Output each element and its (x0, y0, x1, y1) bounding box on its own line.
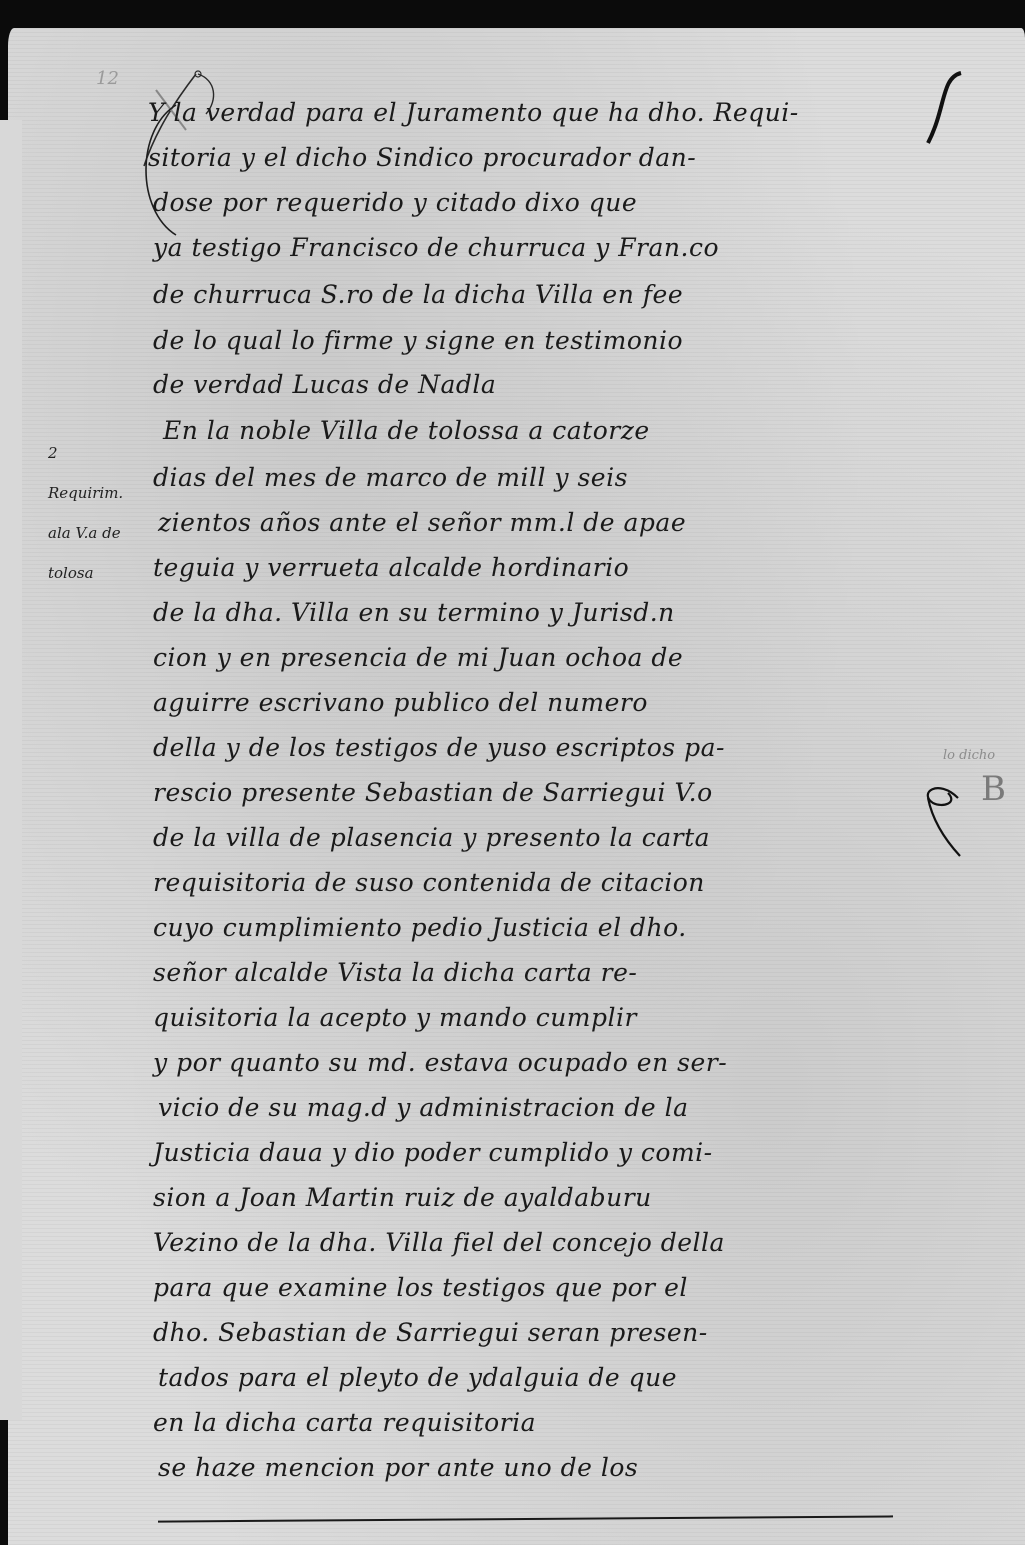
text-line: de la dha. Villa en su termino y Jurisd.… (153, 598, 675, 627)
text-line: en la dicha carta requisitoria (153, 1408, 536, 1437)
margin-note-line: tolosa (48, 553, 138, 593)
text-line: Vezino de la dha. Villa fiel del concejo… (153, 1228, 725, 1257)
text-line: teguia y verrueta alcalde hordinario (153, 553, 629, 582)
text-line: ya testigo Francisco de churruca y Fran.… (153, 233, 719, 262)
folio-number: 12 (96, 68, 119, 89)
text-line: y por quanto su md. estava ocupado en se… (153, 1048, 727, 1077)
text-line: dose por requerido y citado dixo que (153, 188, 637, 217)
text-line: Y la verdad para el Juramento que ha dho… (148, 98, 799, 127)
text-line: cuyo cumplimiento pedio Justicia el dho. (153, 913, 687, 942)
closing-rule-divider (158, 1515, 893, 1522)
text-line: sion a Joan Martin ruiz de ayaldaburu (153, 1183, 652, 1212)
text-line: Justicia daua y dio poder cumplido y com… (153, 1138, 713, 1167)
text-line: rescio presente Sebastian de Sarriegui V… (153, 778, 713, 807)
manuscript-page: 12 2 Requirim. ala V.a de tolosa lo dich… (8, 28, 1025, 1545)
text-line: de verdad Lucas de Nadla (153, 370, 496, 399)
text-line: vicio de su mag.d y administracion de la (158, 1093, 689, 1122)
right-margin-text: lo dicho (943, 748, 995, 763)
text-line: zientos años ante el señor mm.l de apae (158, 508, 686, 537)
text-line: requisitoria de suso contenida de citaci… (153, 868, 705, 897)
margin-note-line: ala V.a de (48, 513, 138, 553)
text-line: señor alcalde Vista la dicha carta re- (153, 958, 637, 987)
top-right-flourish-icon (926, 68, 966, 148)
text-line: para que examine los testigos que por el (153, 1273, 688, 1302)
text-line: de la villa de plasencia y presento la c… (153, 823, 710, 852)
text-line: En la noble Villa de tolossa a catorze (163, 416, 650, 445)
margin-note-line: 2 (48, 433, 138, 473)
text-line: aguirre escrivano publico del numero (153, 688, 648, 717)
text-line: tados para el pleyto de ydalguia de que (158, 1363, 677, 1392)
text-line: se haze mencion por ante uno de los (158, 1453, 638, 1482)
margin-note: 2 Requirim. ala V.a de tolosa (48, 433, 138, 593)
text-line: sitoria y el dicho Sindico procurador da… (148, 143, 696, 172)
right-margin-loop-icon (918, 768, 968, 858)
text-line: de lo qual lo firme y signe en testimoni… (153, 326, 683, 355)
text-line: quisitoria la acepto y mando cumplir (153, 1003, 637, 1032)
text-line: de churruca S.ro de la dicha Villa en fe… (153, 280, 683, 309)
margin-note-line: Requirim. (48, 473, 138, 513)
text-line: della y de los testigos de yuso escripto… (153, 733, 725, 762)
text-line: cion y en presencia de mi Juan ochoa de (153, 643, 683, 672)
right-margin-letter: B (981, 769, 1006, 809)
text-line: dias del mes de marco de mill y seis (153, 463, 628, 492)
text-line: dho. Sebastian de Sarriegui seran presen… (153, 1318, 708, 1347)
